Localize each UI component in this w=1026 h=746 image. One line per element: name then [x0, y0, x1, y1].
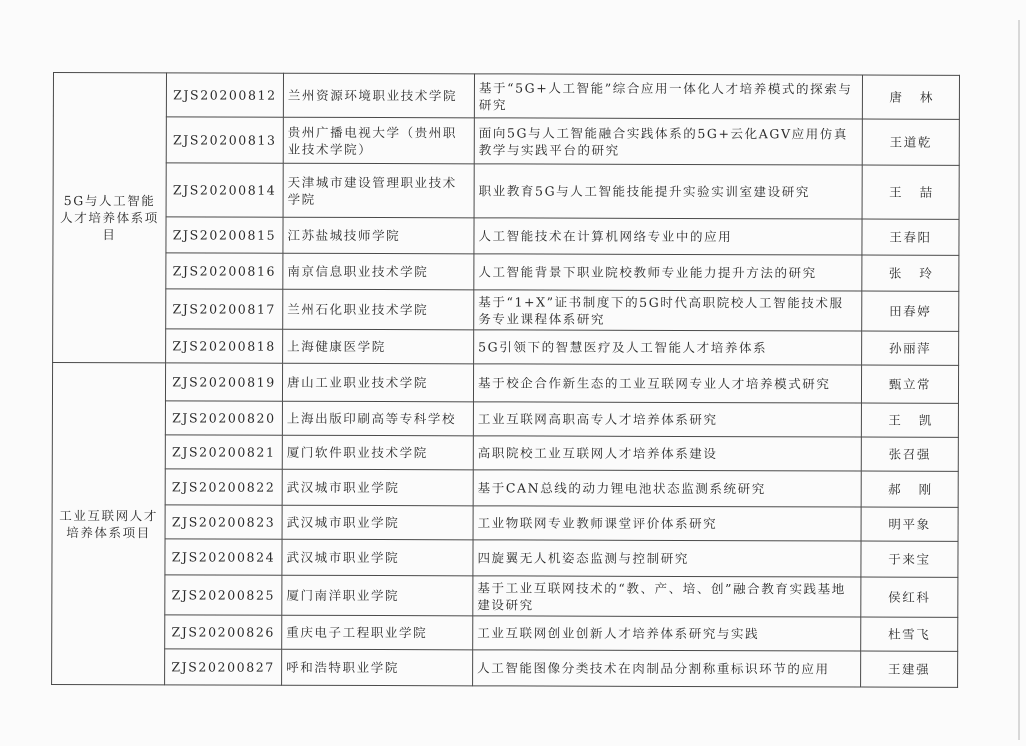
project-title-cell: 工业互联网高职高专人才培养体系研究	[473, 402, 861, 437]
project-title-cell: 基于“1+X”证书制度下的5G时代高职院校人工智能技术服务专业课程体系研究	[474, 290, 862, 331]
table-row: ZJS20200815江苏盐城技师学院人工智能技术在计算机网络专业中的应用王春阳	[53, 217, 959, 256]
leader-cell: 孙丽萍	[862, 331, 959, 365]
institution-cell: 兰州石化职业技术学院	[283, 289, 474, 330]
table-row: ZJS20200817兰州石化职业技术学院基于“1+X”证书制度下的5G时代高职…	[53, 289, 959, 332]
project-list-table: 5G与人工智能人才培养体系项目ZJS20200812兰州资源环境职业技术学院基于…	[51, 72, 960, 688]
leader-cell: 王道乾	[862, 119, 959, 165]
institution-cell: 天津城市建设管理职业技术学院	[283, 163, 474, 218]
project-code-cell: ZJS20200820	[165, 401, 282, 435]
table-row: ZJS20200818上海健康医学院5G引领下的智慧医疗及人工智能人才培养体系孙…	[53, 329, 959, 366]
project-code-cell: ZJS20200827	[165, 649, 282, 685]
project-code-cell: ZJS20200825	[165, 575, 282, 615]
table-row: ZJS20200826重庆电子工程职业学院工业互联网创业创新人才培养体系研究与实…	[52, 614, 958, 651]
project-code-cell: ZJS20200823	[165, 505, 282, 539]
project-code-cell: ZJS20200826	[165, 615, 282, 649]
project-code-cell: ZJS20200824	[165, 539, 282, 575]
institution-cell: 重庆电子工程职业学院	[282, 615, 473, 650]
leader-cell: 侯红科	[861, 577, 958, 617]
project-title-cell: 人工智能技术在计算机网络专业中的应用	[474, 218, 862, 255]
project-title-cell: 5G引领下的智慧医疗及人工智能人才培养体系	[474, 330, 862, 365]
project-title-cell: 高职院校工业互联网人才培养体系建设	[473, 436, 861, 471]
project-title-cell: 职业教育5G与人工智能技能提升实验实训室建设研究	[474, 164, 862, 219]
project-code-cell: ZJS20200815	[166, 217, 283, 253]
project-title-cell: 基于校企合作新生态的工业互联网专业人才培养模式研究	[473, 364, 861, 403]
table-row: 工业互联网人才培养体系项目ZJS20200819唐山工业职业技术学院基于校企合作…	[52, 363, 958, 404]
project-code-cell: ZJS20200818	[166, 329, 283, 363]
leader-cell: 田春婷	[862, 291, 959, 331]
institution-cell: 武汉城市职业学院	[282, 505, 473, 540]
table-row: ZJS20200824武汉城市职业学院四旋翼无人机姿态监测与控制研究于来宝	[52, 538, 958, 577]
project-code-cell: ZJS20200819	[165, 363, 282, 401]
leader-cell: 张召强	[861, 437, 958, 471]
leader-cell: 王建强	[861, 651, 958, 687]
institution-cell: 贵州广播电视大学（贵州职业技术学院）	[283, 117, 474, 164]
institution-cell: 厦门南洋职业学院	[282, 575, 473, 616]
leader-cell: 甄立常	[861, 365, 958, 403]
institution-cell: 厦门软件职业技术学院	[282, 435, 473, 470]
table-row: ZJS20200813贵州广播电视大学（贵州职业技术学院）面向5G与人工智能融合…	[53, 117, 959, 166]
leader-cell: 王春阳	[862, 219, 959, 255]
project-title-cell: 工业互联网创业创新人才培养体系研究与实践	[473, 616, 861, 651]
project-code-cell: ZJS20200812	[166, 73, 283, 117]
project-code-cell: ZJS20200813	[166, 117, 283, 163]
institution-cell: 呼和浩特职业学院	[282, 649, 473, 686]
project-title-cell: 四旋翼无人机姿态监测与控制研究	[473, 540, 861, 577]
institution-cell: 唐山工业职业技术学院	[282, 363, 473, 402]
institution-cell: 南京信息职业技术学院	[283, 253, 474, 290]
scan-page-edge	[1018, 20, 1020, 740]
leader-cell: 王凯	[861, 403, 958, 437]
project-code-cell: ZJS20200822	[165, 469, 282, 505]
table-row: ZJS20200814天津城市建设管理职业技术学院职业教育5G与人工智能技能提升…	[53, 163, 959, 220]
table-row: ZJS20200827呼和浩特职业学院人工智能图像分类技术在肉制品分割称重标识环…	[52, 648, 958, 687]
table-row: ZJS20200822武汉城市职业学院基于CAN总线的动力锂电池状态监测系统研究…	[52, 468, 958, 507]
leader-cell: 杜雪飞	[861, 617, 958, 651]
leader-cell: 郝刚	[861, 471, 958, 507]
table-row: 5G与人工智能人才培养体系项目ZJS20200812兰州资源环境职业技术学院基于…	[53, 73, 959, 120]
project-title-cell: 面向5G与人工智能融合实践体系的5G+云化AGV应用仿真教学与实践平台的研究	[474, 118, 862, 165]
leader-cell: 王喆	[862, 165, 959, 219]
institution-cell: 兰州资源环境职业技术学院	[283, 73, 474, 118]
leader-cell: 唐林	[862, 75, 959, 119]
project-code-cell: ZJS20200816	[166, 253, 283, 289]
table-row: ZJS20200816南京信息职业技术学院人工智能背景下职业院校教师专业能力提升…	[53, 253, 959, 292]
institution-cell: 上海健康医学院	[283, 329, 474, 364]
project-title-cell: 人工智能背景下职业院校教师专业能力提升方法的研究	[474, 254, 862, 291]
leader-cell: 张玲	[862, 255, 959, 291]
project-title-cell: 基于CAN总线的动力锂电池状态监测系统研究	[473, 470, 861, 507]
institution-cell: 武汉城市职业学院	[282, 469, 473, 506]
institution-cell: 上海出版印刷高等专科学校	[282, 401, 473, 436]
table-row: ZJS20200823武汉城市职业学院工业物联网专业教师课堂评价体系研究明平象	[52, 504, 958, 541]
institution-cell: 江苏盐城技师学院	[283, 217, 474, 254]
project-title-cell: 人工智能图像分类技术在肉制品分割称重标识环节的应用	[473, 650, 861, 687]
project-code-cell: ZJS20200814	[166, 163, 283, 217]
leader-cell: 明平象	[861, 507, 958, 541]
project-title-cell: 基于工业互联网技术的“教、产、培、创”融合教育实践基地建设研究	[473, 576, 861, 617]
table-row: ZJS20200821厦门软件职业技术学院高职院校工业互联网人才培养体系建设张召…	[52, 434, 958, 471]
project-code-cell: ZJS20200817	[166, 289, 283, 329]
category-cell: 工业互联网人才培养体系项目	[52, 363, 166, 685]
project-code-cell: ZJS20200821	[165, 435, 282, 469]
institution-cell: 武汉城市职业学院	[282, 539, 473, 576]
category-cell: 5G与人工智能人才培养体系项目	[53, 73, 167, 363]
project-title-cell: 工业物联网专业教师课堂评价体系研究	[473, 506, 861, 541]
leader-cell: 于来宝	[861, 541, 958, 577]
table-row: ZJS20200825厦门南洋职业学院基于工业互联网技术的“教、产、培、创”融合…	[52, 574, 958, 617]
project-title-cell: 基于“5G+人工智能”综合应用一体化人才培养模式的探索与研究	[474, 74, 862, 119]
project-table-body: 5G与人工智能人才培养体系项目ZJS20200812兰州资源环境职业技术学院基于…	[52, 73, 960, 688]
table-row: ZJS20200820上海出版印刷高等专科学校工业互联网高职高专人才培养体系研究…	[52, 400, 958, 437]
